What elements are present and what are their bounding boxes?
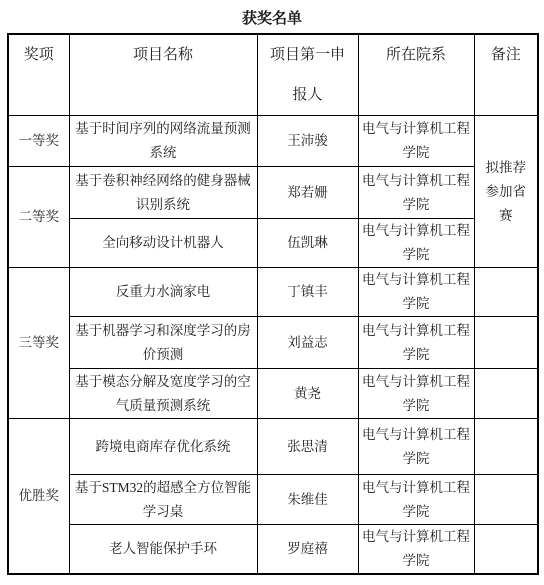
project-cell: 全向移动设计机器人 — [69, 219, 257, 268]
applicant-cell: 罗庭禧 — [257, 525, 358, 575]
header-applicant: 项目第一申报人 — [257, 34, 358, 116]
department-cell: 电气与计算机工程学院 — [358, 219, 474, 268]
applicant-cell: 张思清 — [257, 419, 358, 475]
table-row: 老人智能保护手环 罗庭禧 电气与计算机工程学院 — [8, 525, 538, 575]
table-row: 优胜奖 跨境电商库存优化系统 张思清 电气与计算机工程学院 — [8, 419, 538, 475]
page-title: 获奖名单 — [0, 7, 544, 28]
project-cell: 基于模态分解及宽度学习的空气质量预测系统 — [69, 369, 257, 419]
department-cell: 电气与计算机工程学院 — [358, 475, 474, 525]
department-cell: 电气与计算机工程学院 — [358, 268, 474, 317]
applicant-cell: 郑若姗 — [257, 167, 358, 219]
award-cell: 二等奖 — [8, 167, 69, 268]
table-row: 全向移动设计机器人 伍凯琳 电气与计算机工程学院 — [8, 219, 538, 268]
project-cell: 基于机器学习和深度学习的房价预测 — [69, 317, 257, 369]
department-cell: 电气与计算机工程学院 — [358, 369, 474, 419]
table-row: 基于STM32的超感全方位智能学习桌 朱维佳 电气与计算机工程学院 — [8, 475, 538, 525]
applicant-cell: 伍凯琳 — [257, 219, 358, 268]
header-row: 奖项 项目名称 项目第一申报人 所在院系 备注 — [8, 34, 538, 116]
remark-cell — [474, 475, 538, 525]
award-cell: 优胜奖 — [8, 419, 69, 575]
table-row: 三等奖 反重力水滴家电 丁镇丰 电气与计算机工程学院 — [8, 268, 538, 317]
department-cell: 电气与计算机工程学院 — [358, 167, 474, 219]
table-row: 基于模态分解及宽度学习的空气质量预测系统 黄尧 电气与计算机工程学院 — [8, 369, 538, 419]
project-cell: 反重力水滴家电 — [69, 268, 257, 317]
department-cell: 电气与计算机工程学院 — [358, 116, 474, 167]
project-cell: 基于卷积神经网络的健身器械识别系统 — [69, 167, 257, 219]
project-cell: 老人智能保护手环 — [69, 525, 257, 575]
header-award: 奖项 — [8, 34, 69, 116]
remark-cell — [474, 369, 538, 419]
department-cell: 电气与计算机工程学院 — [358, 419, 474, 475]
department-cell: 电气与计算机工程学院 — [358, 525, 474, 575]
project-cell: 基于时间序列的网络流量预测系统 — [69, 116, 257, 167]
applicant-cell: 刘益志 — [257, 317, 358, 369]
applicant-cell: 黄尧 — [257, 369, 358, 419]
header-department: 所在院系 — [358, 34, 474, 116]
applicant-cell: 王沛骏 — [257, 116, 358, 167]
award-cell: 一等奖 — [8, 116, 69, 167]
remark-cell — [474, 419, 538, 475]
table-row: 一等奖 基于时间序列的网络流量预测系统 王沛骏 电气与计算机工程学院 拟推荐参加… — [8, 116, 538, 167]
remark-cell — [474, 268, 538, 317]
remark-cell — [474, 317, 538, 369]
applicant-cell: 朱维佳 — [257, 475, 358, 525]
document-page: 获奖名单 奖项 项目名称 项目第一申报人 所在院系 备注 一等奖 基于时间序列的… — [0, 0, 544, 585]
award-cell: 三等奖 — [8, 268, 69, 419]
project-cell: 跨境电商库存优化系统 — [69, 419, 257, 475]
table-row: 二等奖 基于卷积神经网络的健身器械识别系统 郑若姗 电气与计算机工程学院 — [8, 167, 538, 219]
project-cell: 基于STM32的超感全方位智能学习桌 — [69, 475, 257, 525]
award-table: 奖项 项目名称 项目第一申报人 所在院系 备注 一等奖 基于时间序列的网络流量预… — [7, 33, 539, 575]
table-row: 基于机器学习和深度学习的房价预测 刘益志 电气与计算机工程学院 — [8, 317, 538, 369]
header-remark: 备注 — [474, 34, 538, 116]
remark-cell: 拟推荐参加省赛 — [474, 116, 538, 268]
applicant-cell: 丁镇丰 — [257, 268, 358, 317]
header-project: 项目名称 — [69, 34, 257, 116]
remark-cell — [474, 525, 538, 575]
department-cell: 电气与计算机工程学院 — [358, 317, 474, 369]
